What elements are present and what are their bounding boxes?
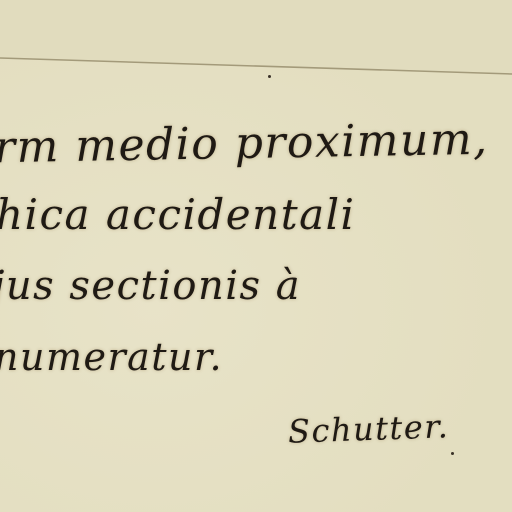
manuscript-line-2: hica accidentali xyxy=(0,190,356,239)
ink-speck xyxy=(268,75,271,78)
manuscript-line-4: numeratur. xyxy=(0,335,223,379)
manuscript-page: rm medio proximum, hica accidentali jus … xyxy=(0,0,512,512)
manuscript-line-3: jus sectionis à xyxy=(0,263,301,309)
signature: Schutter. xyxy=(287,407,449,451)
ink-speck xyxy=(451,452,454,455)
manuscript-line-1: rm medio proximum, xyxy=(0,114,489,174)
